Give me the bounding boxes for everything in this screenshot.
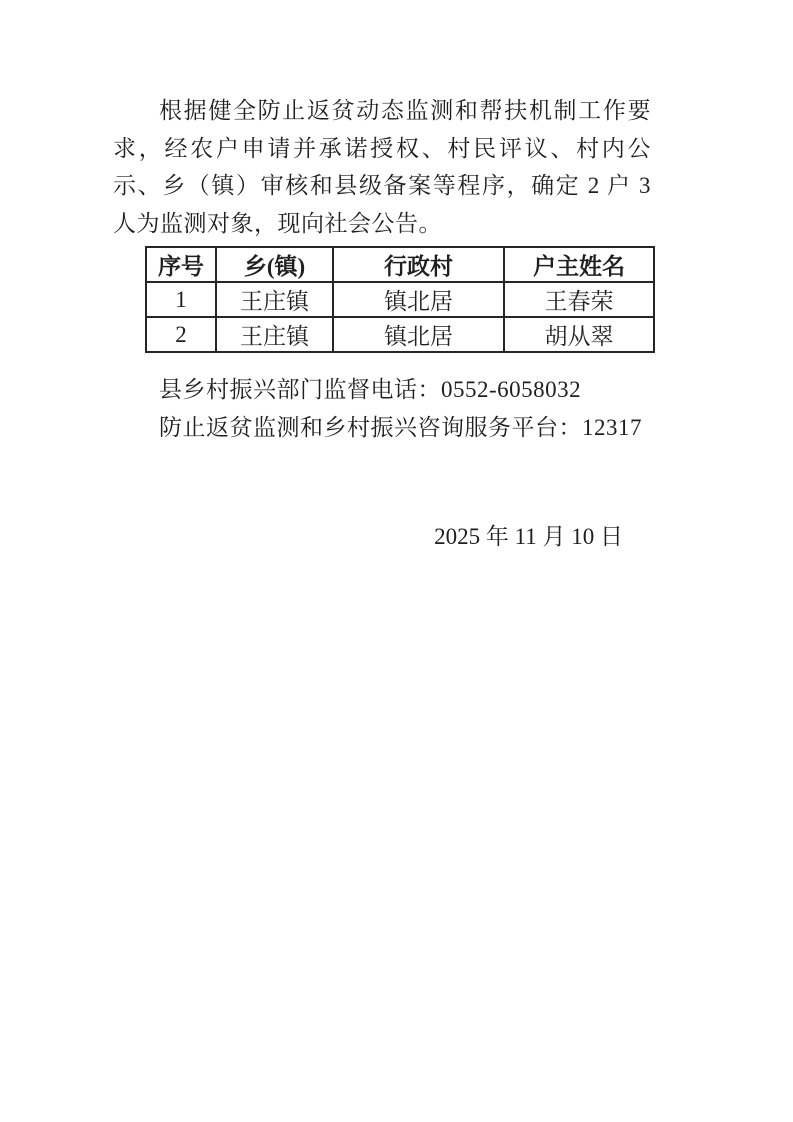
service-platform-line: 防止返贫监测和乡村振兴咨询服务平台：12317 bbox=[159, 409, 642, 447]
cell-name: 胡从翠 bbox=[504, 317, 654, 352]
contact-info: 县乡村振兴部门监督电话：0552-6058032 防止返贫监测和乡村振兴咨询服务… bbox=[159, 371, 642, 447]
column-header-town: 乡(镇) bbox=[216, 247, 333, 282]
monitoring-subjects-table: 序号 乡(镇) 行政村 户主姓名 1 王庄镇 镇北居 王春荣 2 王庄镇 镇北居… bbox=[145, 246, 655, 353]
supervision-phone-line: 县乡村振兴部门监督电话：0552-6058032 bbox=[159, 371, 642, 409]
announcement-paragraph: 根据健全防止返贫动态监测和帮扶机制工作要求，经农户申请并承诺授权、村民评议、村内… bbox=[113, 92, 651, 242]
cell-index: 1 bbox=[146, 282, 216, 317]
column-header-index: 序号 bbox=[146, 247, 216, 282]
cell-name: 王春荣 bbox=[504, 282, 654, 317]
announcement-date: 2025 年 11 月 10 日 bbox=[434, 522, 623, 552]
column-header-name: 户主姓名 bbox=[504, 247, 654, 282]
table-header-row: 序号 乡(镇) 行政村 户主姓名 bbox=[146, 247, 654, 282]
cell-village: 镇北居 bbox=[333, 317, 504, 352]
cell-index: 2 bbox=[146, 317, 216, 352]
column-header-village: 行政村 bbox=[333, 247, 504, 282]
table-row: 1 王庄镇 镇北居 王春荣 bbox=[146, 282, 654, 317]
cell-village: 镇北居 bbox=[333, 282, 504, 317]
announcement-page: 根据健全防止返贫动态监测和帮扶机制工作要求，经农户申请并承诺授权、村民评议、村内… bbox=[0, 0, 793, 1122]
cell-town: 王庄镇 bbox=[216, 317, 333, 352]
cell-town: 王庄镇 bbox=[216, 282, 333, 317]
table-row: 2 王庄镇 镇北居 胡从翠 bbox=[146, 317, 654, 352]
